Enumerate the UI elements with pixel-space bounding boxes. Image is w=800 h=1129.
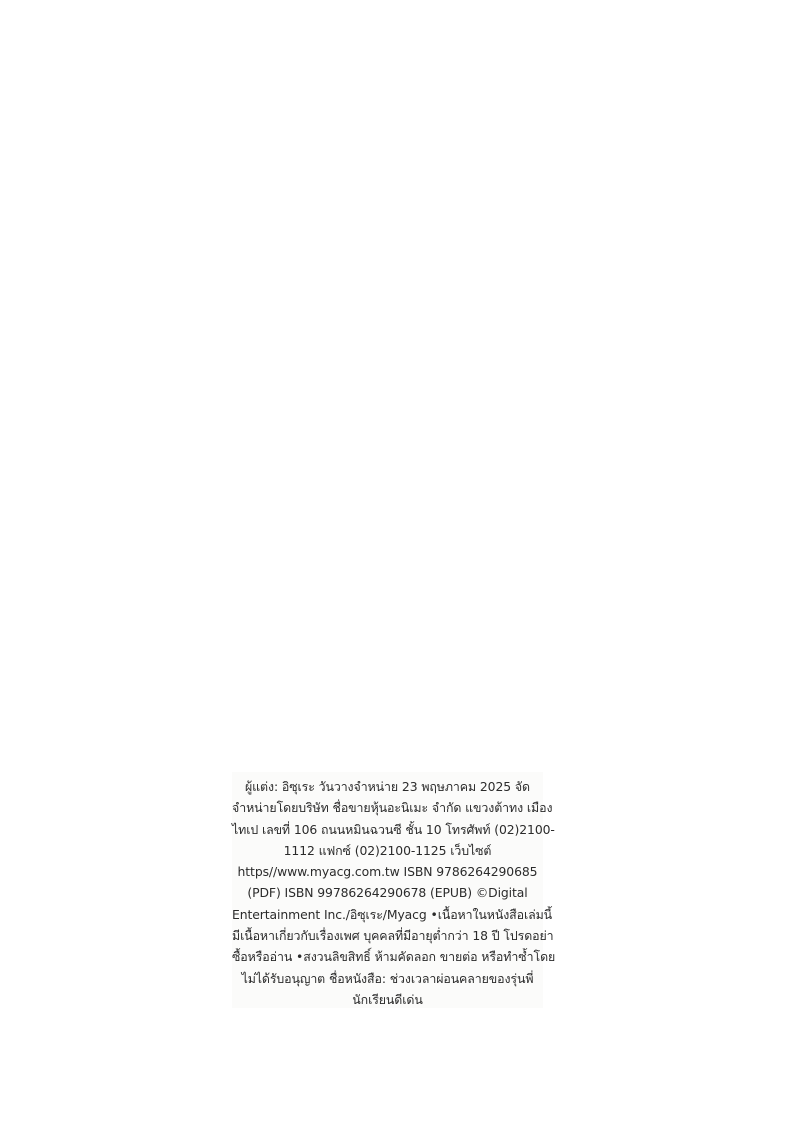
colophon-line-rights-reserved: ซื้อหรืออ่าน •สงวนลิขสิทธิ์ ห้ามคัดลอก ข… bbox=[232, 946, 543, 967]
colophon-line-address-phone: ไทเป เลขที่ 106 ถนนหมินฉวนซี ชั้น 10 โทร… bbox=[232, 819, 543, 840]
colophon-line-book-title: ไม่ได้รับอนุญาต ชื่อหนังสือ: ช่วงเวลาผ่อ… bbox=[232, 968, 543, 989]
document-page: ผู้แต่ง: อิซุเระ วันวางจำหน่าย 23 พฤษภาค… bbox=[0, 0, 800, 1129]
colophon-line-distributor: จำหน่ายโดยบริษัท ชื่อขายหุ้นอะนิเมะ จำกั… bbox=[232, 797, 543, 818]
colophon-text: ผู้แต่ง: อิซุเระ วันวางจำหน่าย 23 พฤษภาค… bbox=[232, 776, 543, 1010]
colophon-line-author-release: ผู้แต่ง: อิซุเระ วันวางจำหน่าย 23 พฤษภาค… bbox=[232, 776, 543, 797]
colophon-line-fax-website: 1112 แฟกซ์ (02)2100-1125 เว็บไซต์ bbox=[232, 840, 543, 861]
colophon-line-content-warning: มีเนื้อหาเกี่ยวกับเรื่องเพศ บุคคลที่มีอา… bbox=[232, 925, 543, 946]
colophon-line-url-isbn-pdf: https//www.myacg.com.tw ISBN 97862642906… bbox=[232, 861, 543, 882]
colophon-line-book-title-cont: นักเรียนดีเด่น bbox=[232, 989, 543, 1010]
colophon-line-isbn-epub-copyright: (PDF) ISBN 99786264290678 (EPUB) ©Digita… bbox=[232, 882, 543, 903]
colophon-line-publisher-notice: Entertainment Inc./อิซุเระ/Myacg •เนื้อห… bbox=[232, 904, 543, 925]
colophon-block: ผู้แต่ง: อิซุเระ วันวางจำหน่าย 23 พฤษภาค… bbox=[232, 772, 543, 1008]
